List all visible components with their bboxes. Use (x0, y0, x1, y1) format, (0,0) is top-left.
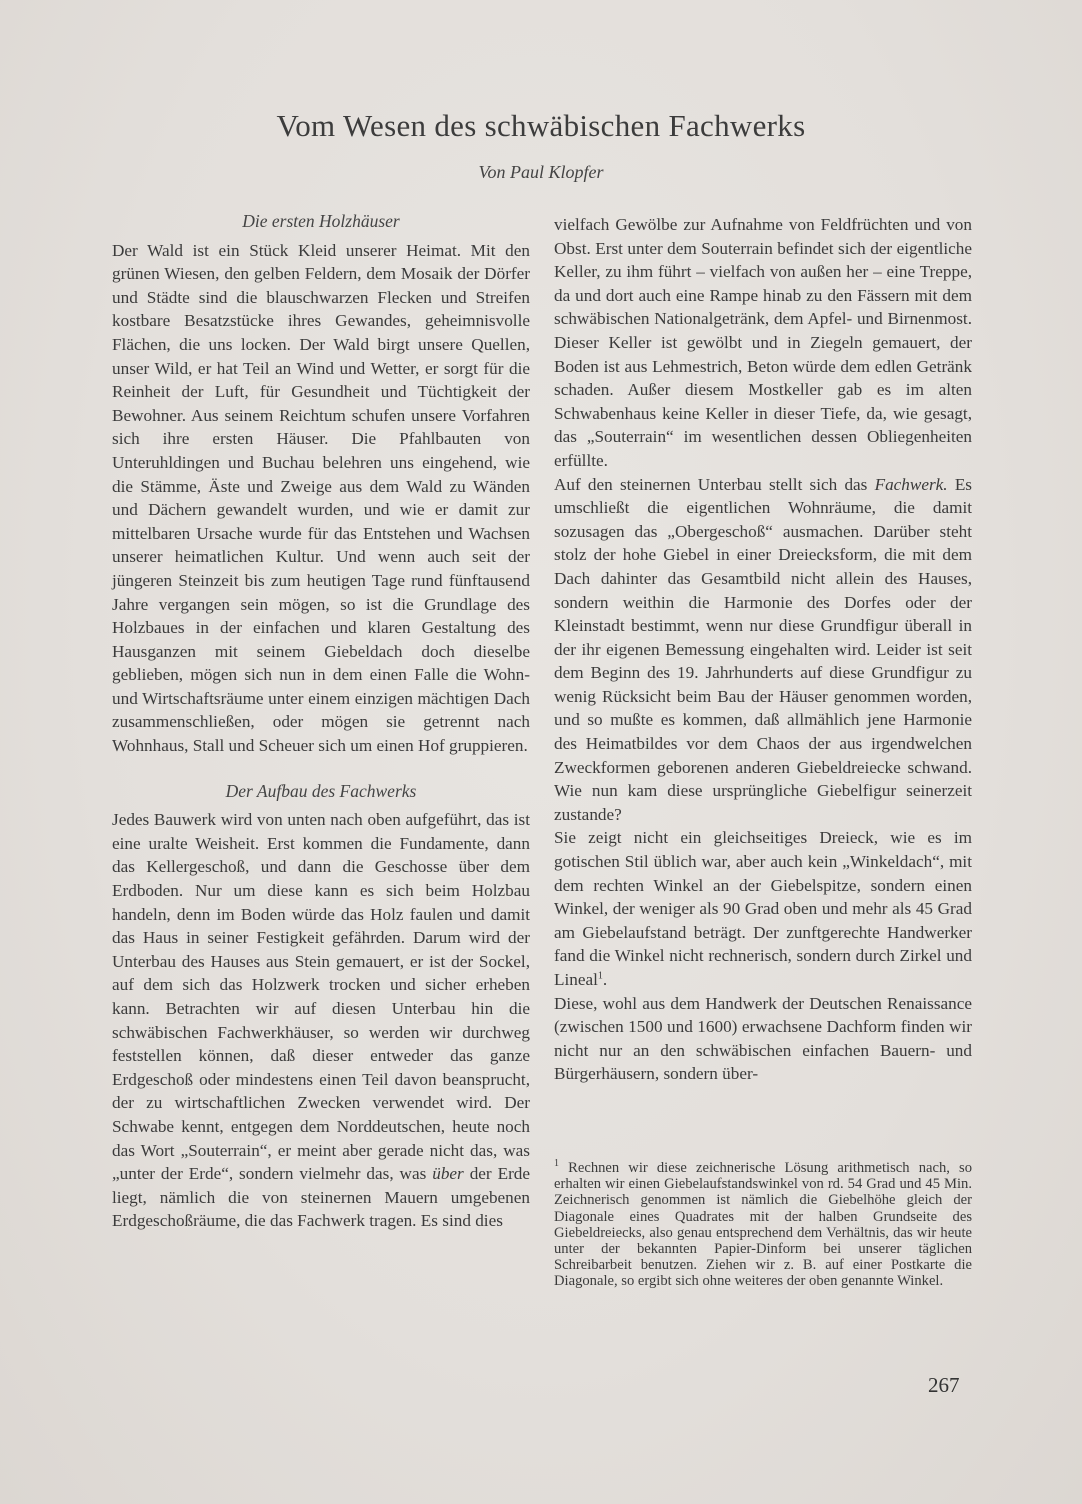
right-paragraph-3: Sie zeigt nicht ein gleichseitiges Dreie… (554, 826, 972, 991)
section-1-paragraph: Der Wald ist ein Stück Kleid unserer Hei… (112, 239, 530, 758)
footnote-marker: 1 (554, 1158, 559, 1169)
right-paragraph-1: vielfach Gewölbe zur Aufnahme von Feldfr… (554, 213, 972, 473)
right-p2-text-b: Es umschließt die eigentlichen Wohnräume… (554, 475, 972, 824)
right-paragraph-2: Auf den steinernen Unterbau stellt sich … (554, 473, 972, 827)
section-heading-1: Die ersten Holzhäuser (112, 210, 530, 234)
article-title: Vom Wesen des schwäbischen Fachwerks (0, 108, 1082, 144)
section-heading-2: Der Aufbau des Fachwerks (112, 780, 530, 804)
footnote: 1 Rechnen wir diese zeichnerische Lösung… (554, 1160, 972, 1290)
left-column: Die ersten Holzhäuser Der Wald ist ein S… (112, 210, 530, 1233)
page-number: 267 (928, 1373, 960, 1398)
section-2-text-a: Jedes Bauwerk wird von unten nach oben a… (112, 810, 530, 1183)
right-paragraph-4: Diese, wohl aus dem Handwerk der Deutsch… (554, 992, 972, 1086)
right-p2-emphasis: Fachwerk. (875, 475, 948, 494)
footnote-text: Rechnen wir diese zeichnerische Lösung a… (554, 1160, 972, 1289)
article-author: Von Paul Klopfer (0, 162, 1082, 183)
section-2-emphasis: über (432, 1164, 464, 1183)
right-column: vielfach Gewölbe zur Aufnahme von Feldfr… (554, 213, 972, 1086)
right-p3-period: . (603, 970, 607, 989)
right-p2-text-a: Auf den steinernen Unterbau stellt sich … (554, 475, 867, 494)
right-p3-text: Sie zeigt nicht ein gleichseitiges Dreie… (554, 828, 972, 989)
document-page: Vom Wesen des schwäbischen Fachwerks Von… (0, 0, 1082, 1504)
section-2-paragraph: Jedes Bauwerk wird von unten nach oben a… (112, 808, 530, 1233)
